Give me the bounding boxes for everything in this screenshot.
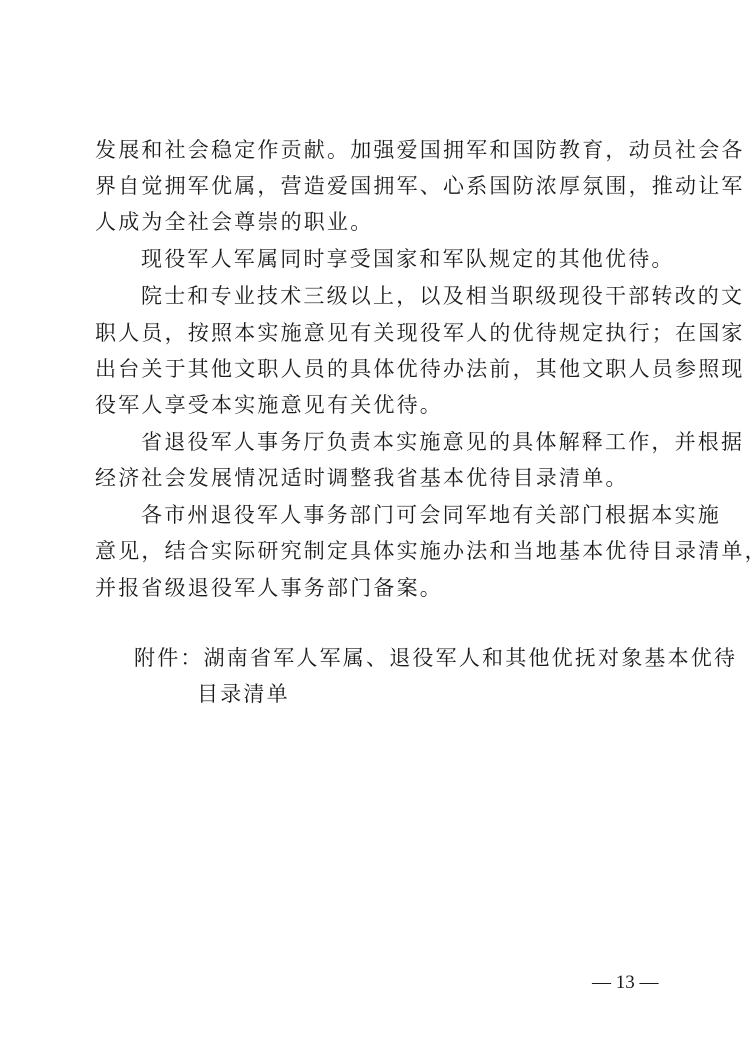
attachment-title-continued: 目录清单	[197, 682, 750, 706]
paragraph-line: 院士和专业技术三级以上，以及相当职级现役干部转改的文	[141, 284, 701, 308]
paragraph-line: 发展和社会稳定作贡献。加强爱国拥军和国防教育，动员社会各	[95, 138, 655, 162]
paragraph-line: 现役军人军属同时享受国家和军队规定的其他优待。	[141, 247, 701, 271]
paragraph-line: 出台关于其他文职人员的具体优待办法前，其他文职人员参照现	[95, 357, 655, 381]
paragraph-line: 界自觉拥军优属，营造爱国拥军、心系国防浓厚氛围，推动让军	[95, 174, 655, 198]
paragraph-line: 经济社会发展情况适时调整我省基本优待目录清单。	[95, 466, 655, 490]
page-number: — 13 —	[592, 972, 659, 994]
paragraph-line: 各市州退役军人事务部门可会同军地有关部门根据本实施	[141, 503, 701, 527]
paragraph-line: 役军人享受本实施意见有关优待。	[95, 393, 655, 417]
paragraph-line: 人成为全社会尊崇的职业。	[95, 210, 655, 234]
paragraph-line: 并报省级退役军人事务部门备案。	[95, 576, 655, 600]
paragraph-line: 省退役军人事务厅负责本实施意见的具体解释工作，并根据	[141, 430, 701, 454]
paragraph-line: 意见，结合实际研究制定具体实施办法和当地基本优待目录清单，	[95, 539, 655, 563]
document-page: 发展和社会稳定作贡献。加强爱国拥军和国防教育，动员社会各 界自觉拥军优属，营造爱…	[0, 0, 750, 1060]
attachment-title: 附件：湖南省军人军属、退役军人和其他优抚对象基本优待	[134, 646, 694, 670]
paragraph-line: 职人员，按照本实施意见有关现役军人的优待规定执行；在国家	[95, 321, 655, 345]
